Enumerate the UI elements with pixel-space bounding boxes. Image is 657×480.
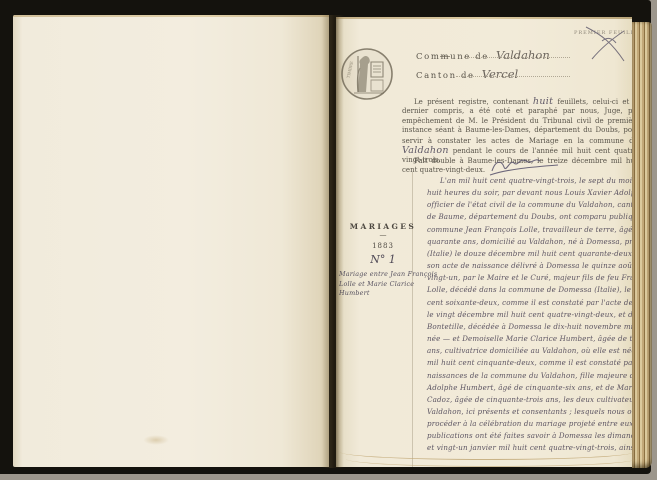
act-text-line: de Baume, département du Doubs, ont comp… — [427, 211, 632, 223]
act-text-line: officier de l'état civil de la commune d… — [427, 199, 632, 211]
margin-year: 1883 — [337, 242, 429, 250]
act-text-line: naissances de la commune du Valdahon, fi… — [427, 370, 632, 382]
header-dash — [440, 56, 450, 57]
act-text-line: Adolphe Humbert, âgé de cinquante-six an… — [427, 382, 632, 394]
act-text-line: son acte de naissance délivré à Domessa … — [427, 260, 632, 272]
folio-count-handwritten: huit — [533, 96, 553, 107]
act-text-line: publications ont été faites savoir à Dom… — [427, 430, 632, 442]
canton-row: Canton de Vercel — [416, 63, 518, 82]
act-text-line: cent soixante-deux, comme il est constat… — [427, 297, 632, 309]
margin-note-line: Humbert — [339, 289, 429, 299]
book-gutter — [322, 15, 344, 468]
act-text-line: Cadoz, âgée de cinquante-trois ans, les … — [427, 394, 632, 406]
margin-note: Mariage entre Jean FrançoisLolle et Mari… — [337, 270, 429, 299]
act-text-line: Valdahon, ici présents et consentants ; … — [427, 406, 632, 418]
act-text-line: huit heures du soir, par devant nous Lou… — [427, 187, 632, 199]
act-text-line: vingt-un, par le Maire et le Curé, majeu… — [427, 272, 632, 284]
right-register-page: TIMBRE Premier feuillet Commune de Valda… — [336, 17, 632, 467]
act-text-line: mil huit cent cinquante-deux, comme il e… — [427, 357, 632, 369]
marriage-act-text: L'an mil huit cent quatre-vingt-trois, l… — [427, 175, 632, 455]
act-text-line: commune Jean François Lolle, travailleur… — [427, 224, 632, 236]
act-text-line: quarante ans, domicilié au Valdahon, né … — [427, 236, 632, 248]
margin-note-line: Mariage entre Jean François — [339, 270, 429, 280]
book-fore-edge — [632, 22, 652, 468]
commune-value-handwritten: Valdahon — [496, 48, 550, 62]
scanned-register-spread: TIMBRE Premier feuillet Commune de Valda… — [0, 0, 657, 480]
act-text-line: (Italie) le douze décembre mil huit cent… — [427, 248, 632, 260]
page-crease — [412, 172, 413, 467]
commune-rule — [464, 57, 570, 58]
act-text-line: ans, cultivatrice domiciliée au Valdahon… — [427, 345, 632, 357]
margin-column: MARIAGES — 1883 N° 1 Mariage entre Jean … — [337, 222, 429, 299]
act-text-line: Bontetille, décédée à Domessa le dix-hui… — [427, 321, 632, 333]
act-text-line: née — et Demoiselle Marie Clarice Humber… — [427, 333, 632, 345]
corner-paraph-signature — [572, 21, 632, 69]
canton-rule — [456, 76, 570, 77]
left-blank-page — [13, 15, 329, 467]
act-text-line: procéder à la célébration du mariage pro… — [427, 418, 632, 430]
preamble-text-1: Le présent registre, contenant — [414, 98, 529, 106]
margin-note-line: Lolle et Marie Clarice — [339, 280, 429, 290]
revenue-stamp-icon: TIMBRE — [340, 46, 394, 106]
act-text-line: le vingt décembre mil huit cent quatre-v… — [427, 309, 632, 321]
section-title: MARIAGES — [337, 222, 429, 231]
act-number-handwritten: N° 1 — [337, 253, 429, 266]
margin-divider: — — [337, 231, 429, 240]
act-text-line: Lolle, décédé dans la commune de Domessa… — [427, 284, 632, 296]
commune-row: Commune de Valdahon — [416, 44, 550, 63]
act-text-line: L'an mil huit cent quatre-vingt-trois, l… — [427, 175, 632, 187]
canton-value-handwritten: Vercel — [482, 67, 518, 81]
